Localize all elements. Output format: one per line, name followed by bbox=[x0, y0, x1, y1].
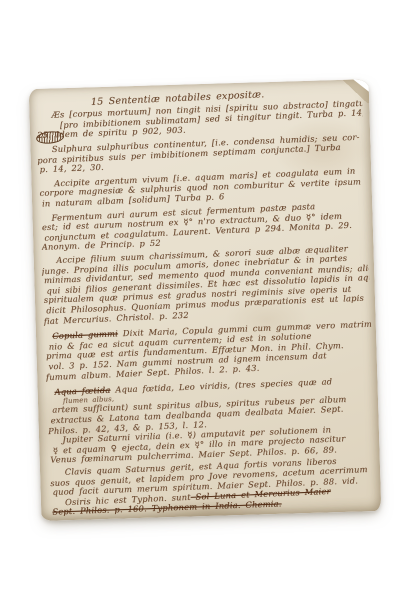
manuscript-page: 15 Sententiæ notabiles expositæ.Æs [corp… bbox=[29, 79, 382, 521]
photograph-background: 15 Sententiæ notabiles expositæ.Æs [corp… bbox=[0, 0, 406, 610]
manuscript-text: 15 Sententiæ notabiles expositæ.Æs [corp… bbox=[37, 86, 379, 521]
